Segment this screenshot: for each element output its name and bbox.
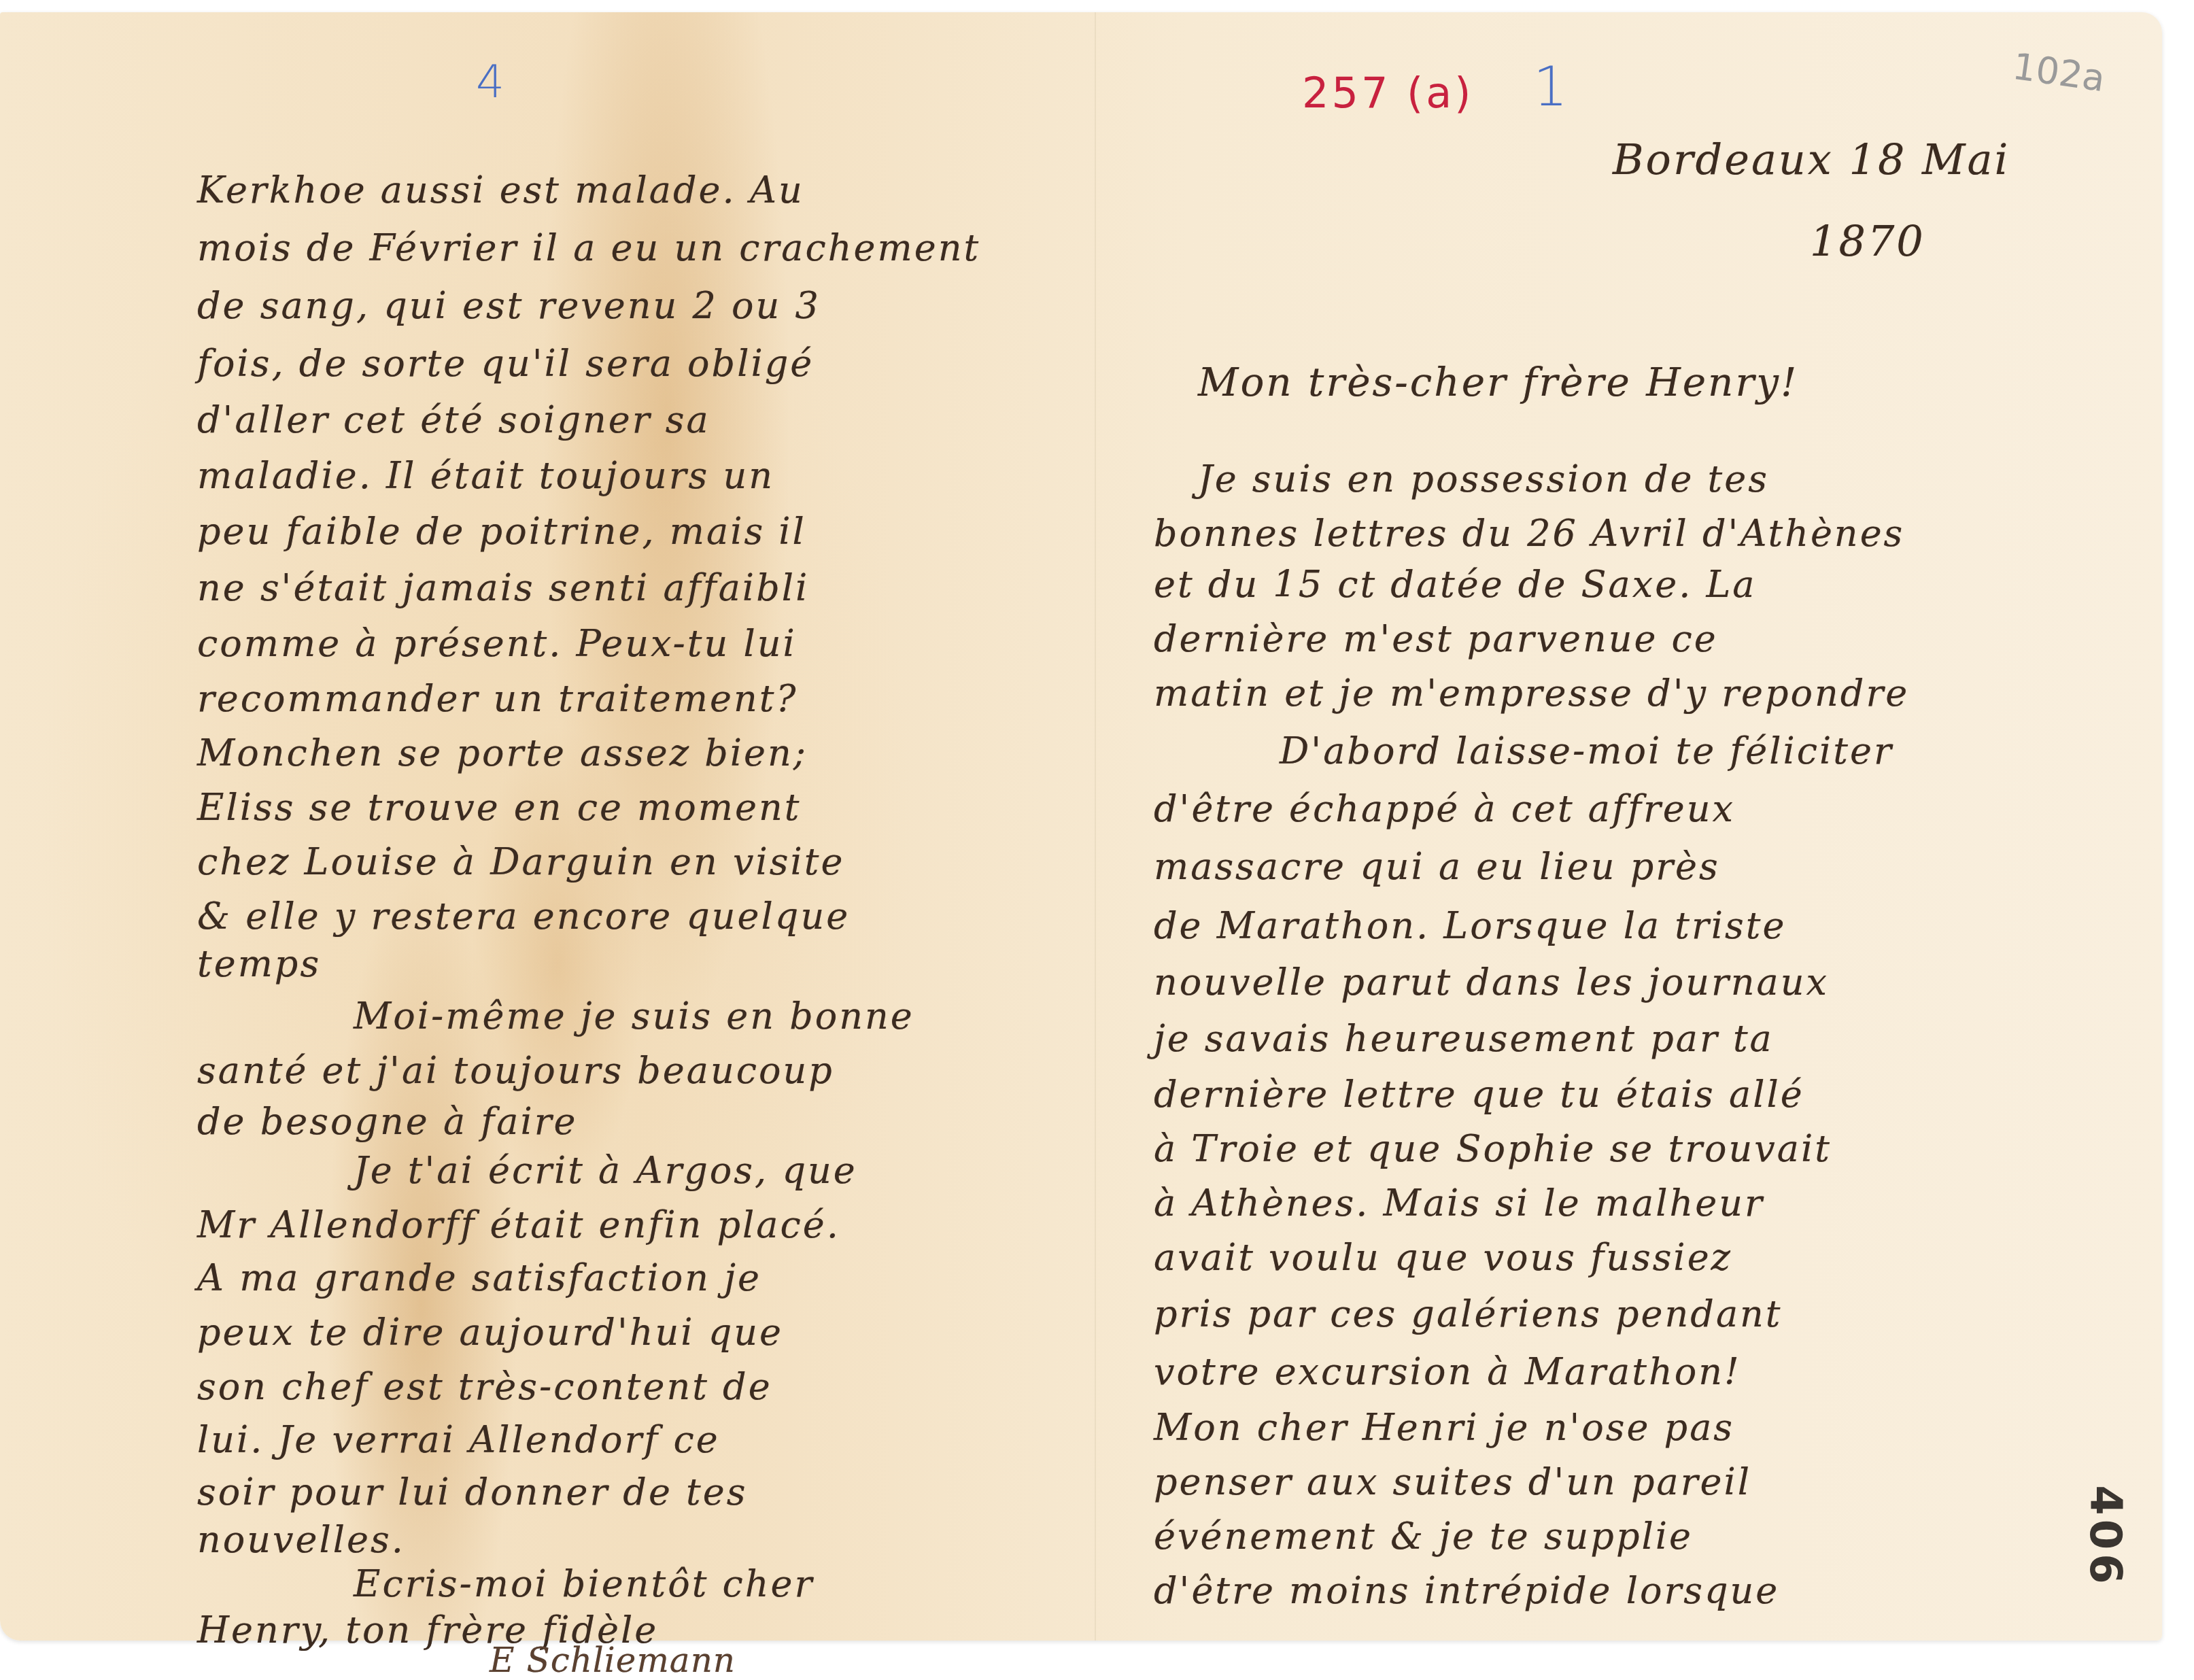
right-line-1: Je suis en possession de tes [1198,458,1769,500]
right-line-2: bonnes lettres du 26 Avril d'Athènes [1154,512,1904,555]
right-line-17: votre excursion à Marathon! [1154,1350,1741,1393]
left-line-1: Kerkhoe aussi est malade. Au [197,169,804,211]
right-line-10: nouvelle parut dans les journaux [1154,961,1829,1004]
right-line-9: de Marathon. Lorsque la triste [1154,904,1786,947]
left-line-9: comme à présent. Peux-tu lui [197,622,797,665]
letter-sheet: 4 257 (a) 1 102a 406 Kerkhoe aussi est m… [0,12,2162,1641]
left-line-23: son chef est très-content de [197,1365,772,1408]
right-line-20: événement & je te supplie [1154,1515,1693,1558]
right-line-4: dernière m'est parvenue ce [1154,617,1718,660]
year: 1870 [1810,216,1925,266]
right-line-19: penser aux suites d'un pareil [1154,1460,1751,1503]
left-line-3: de sang, qui est revenu 2 ou 3 [197,284,821,327]
right-line-12: dernière lettre que tu étais allé [1154,1073,1804,1116]
left-line-19: Je t'ai écrit à Argos, que [354,1149,857,1192]
left-line-13: chez Louise à Darguin en visite [197,840,844,883]
left-line-2: mois de Février il a eu un crachement [197,226,980,269]
left-line-27: Ecris-moi bientôt cher [354,1562,814,1605]
left-line-25: soir pour lui donner de tes [197,1471,747,1513]
left-line-21: A ma grande satisfaction je [197,1256,761,1299]
left-line-7: peu faible de poitrine, mais il [197,510,806,553]
right-line-8: massacre qui a eu lieu près [1154,845,1720,888]
right-page: Bordeaux 18 Mai 1870 Mon très-cher frère… [1096,12,2162,1641]
place-date: Bordeaux 18 Mai [1613,135,2010,184]
left-line-16: Moi-même je suis en bonne [354,995,914,1038]
left-line-10: recommander un traitement? [197,677,798,720]
right-line-6: D'abord laisse-moi te féliciter [1280,730,1893,772]
salutation: Mon très-cher frère Henry! [1198,359,1798,405]
right-line-11: je savais heureusement par ta [1154,1017,1774,1060]
left-line-5: d'aller cet été soigner sa [197,398,710,441]
left-line-26: nouvelles. [197,1518,405,1561]
left-line-24: lui. Je verrai Allendorf ce [197,1418,720,1461]
right-line-5: matin et je m'empresse d'y repondre [1154,672,1909,715]
left-line-22: peux te dire aujourd'hui que [197,1311,783,1354]
right-line-18: Mon cher Henri je n'ose pas [1154,1406,1734,1449]
left-line-14: & elle y restera encore quelque [197,895,850,938]
right-line-7: d'être échappé à cet affreux [1154,787,1735,830]
left-page: Kerkhoe aussi est malade. Au mois de Fév… [0,12,1095,1641]
left-line-18: de besogne à faire [197,1100,578,1143]
left-line-11: Monchen se porte assez bien; [197,732,808,774]
left-line-20: Mr Allendorff était enfin placé. [197,1203,840,1246]
right-line-21: d'être moins intrépide lorsque [1154,1569,1779,1612]
left-line-12: Eliss se trouve en ce moment [197,786,801,829]
right-line-3: et du 15 ct datée de Saxe. La [1154,563,1757,606]
right-line-14: à Athènes. Mais si le malheur [1154,1182,1764,1224]
right-line-15: avait voulu que vous fussiez [1154,1236,1732,1279]
left-line-6: maladie. Il était toujours un [197,454,774,497]
left-line-17: santé et j'ai toujours beaucoup [197,1049,834,1092]
right-line-13: à Troie et que Sophie se trouvait [1154,1127,1832,1170]
left-line-8: ne s'était jamais senti affaibli [197,566,809,609]
signature: E Schliemann [490,1641,736,1659]
right-line-16: pris par ces galériens pendant [1154,1292,1783,1335]
left-line-4: fois, de sorte qu'il sera obligé [197,342,814,385]
left-line-15: temps [197,942,321,985]
